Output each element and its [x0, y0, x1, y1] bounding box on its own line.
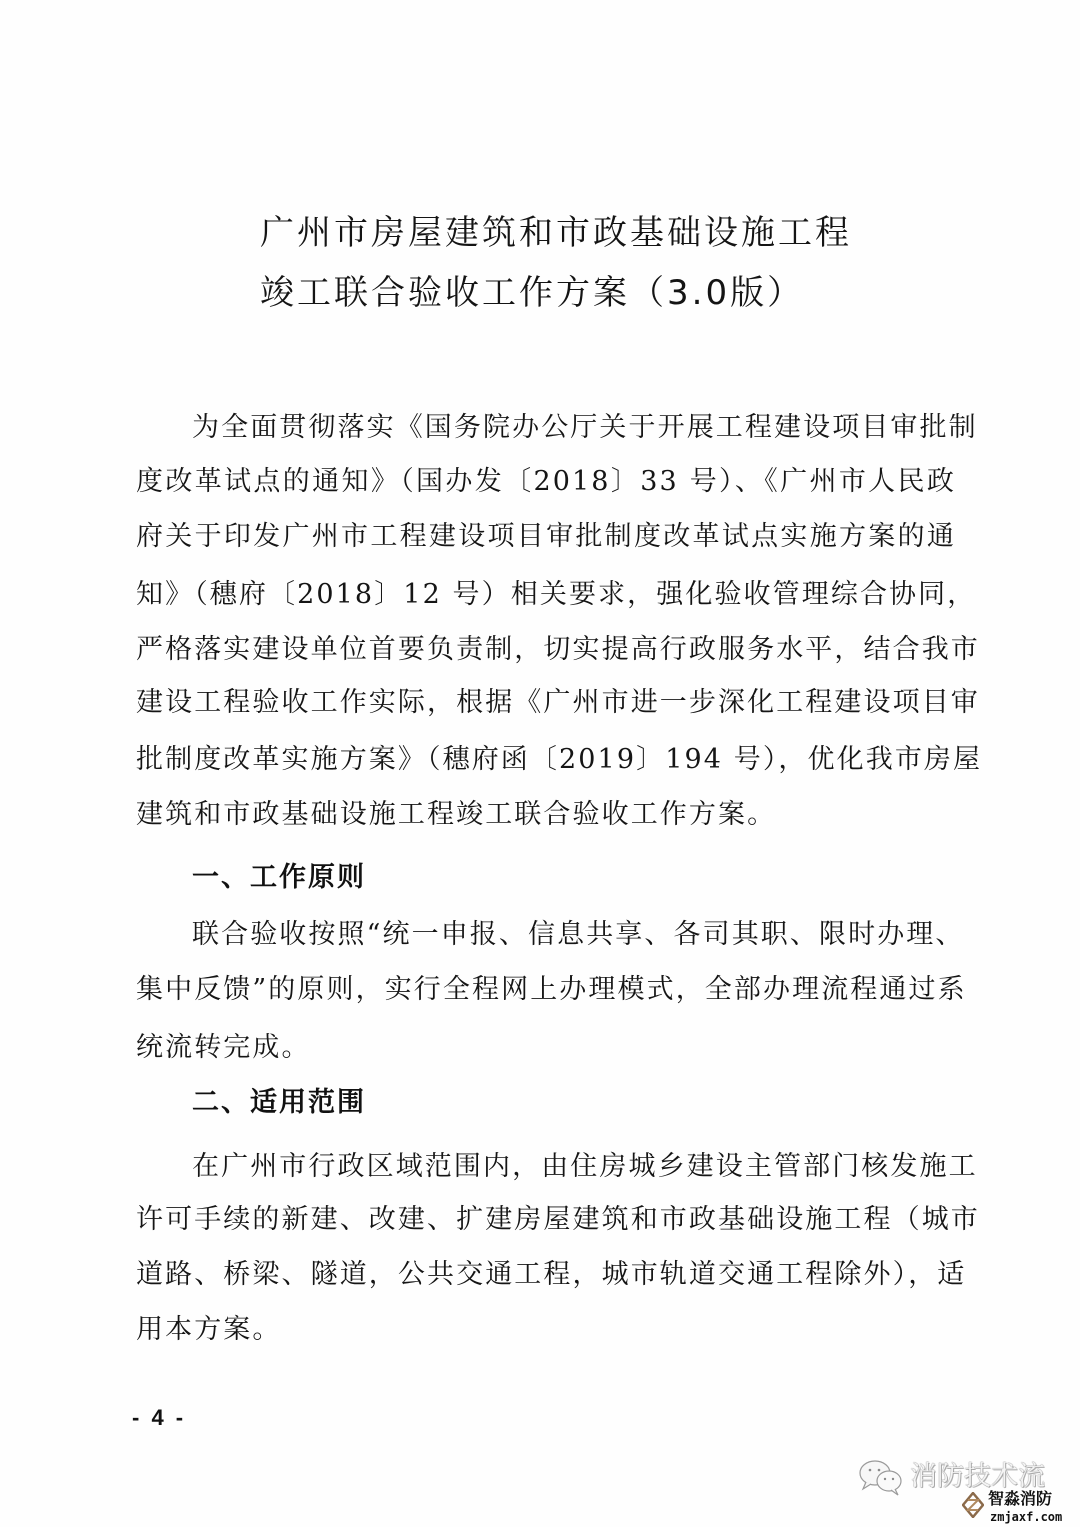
zmjaxf-logo-icon — [962, 1492, 984, 1518]
paragraph-line: 为全面贯彻落实《国务院办公厅关于开展工程建设项目审批制 — [192, 410, 956, 446]
document-title-line-1: 广州市房屋建筑和市政基础设施工程 — [260, 210, 852, 256]
paragraph-line: 度改革试点的通知》（国办发〔2018〕33 号）、《广州市人民政 — [136, 464, 956, 500]
paragraph-line: 批制度改革实施方案》（穗府函〔2019〕194 号），优化我市房屋 — [136, 742, 956, 778]
paragraph-line: 统流转完成。 — [136, 1030, 956, 1066]
document-page: 广州市房屋建筑和市政基础设施工程 竣工联合验收工作方案（3.0版） 为全面贯彻落… — [0, 0, 1080, 1527]
watermark-brand: 智淼消防 — [988, 1490, 1052, 1508]
watermark-url: zmjaxf.com — [990, 1510, 1062, 1524]
paragraph-line: 严格落实建设单位首要负责制，切实提高行政服务水平，结合我市 — [136, 632, 956, 668]
wechat-bubble-icon — [858, 1458, 904, 1496]
paragraph-line: 在广州市行政区域范围内，由住房城乡建设主管部门核发施工 — [192, 1149, 956, 1185]
page-number: - 4 - — [132, 1404, 186, 1432]
paragraph-line: 府关于印发广州市工程建设项目审批制度改革试点实施方案的通 — [136, 519, 956, 555]
paragraph-line: 知》（穗府〔2018〕12 号）相关要求，强化验收管理综合协同， — [136, 577, 956, 613]
paragraph-line: 道路、桥梁、隧道，公共交通工程，城市轨道交通工程除外），适 — [136, 1257, 956, 1293]
paragraph-line: 建筑和市政基础设施工程竣工联合验收工作方案。 — [136, 797, 956, 833]
section-heading: 二、适用范围 — [192, 1084, 366, 1122]
watermark: 消防技术流 智淼消防 zmjaxf.com — [850, 1452, 1080, 1527]
document-title-line-2: 竣工联合验收工作方案（3.0版） — [260, 270, 804, 316]
paragraph-line: 集中反馈”的原则，实行全程网上办理模式，全部办理流程通过系 — [136, 972, 956, 1008]
section-heading: 一、工作原则 — [192, 859, 366, 897]
paragraph-line: 许可手续的新建、改建、扩建房屋建筑和市政基础设施工程（城市 — [136, 1202, 956, 1238]
paragraph-line: 联合验收按照“统一申报、信息共享、各司其职、限时办理、 — [192, 917, 956, 953]
paragraph-line: 用本方案。 — [136, 1312, 956, 1348]
paragraph-line: 建设工程验收工作实际，根据《广州市进一步深化工程建设项目审 — [136, 685, 956, 721]
